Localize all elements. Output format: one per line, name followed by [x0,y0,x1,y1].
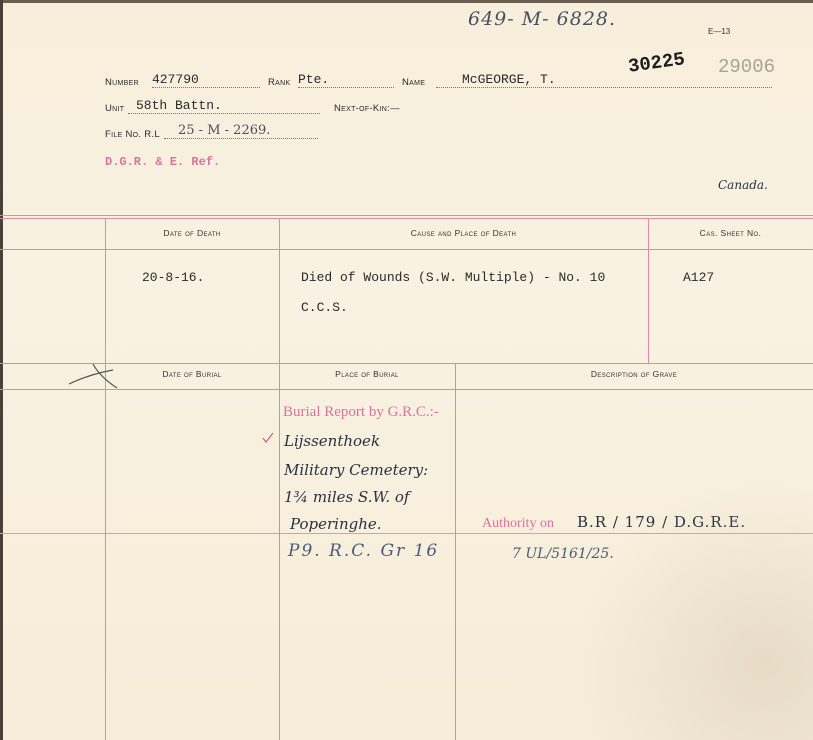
rank-label: Rank [268,77,290,88]
rule-burial-mid [0,533,813,534]
form-code: E—13 [708,27,730,36]
name-label: Name [402,77,425,88]
header-date-of-burial: Date of Burial [105,369,279,379]
next-of-kin-label: Next-of-Kin:— [334,103,400,114]
place-line-3: 1¾ miles S.W. of [284,488,409,506]
authority-label: Authority on [482,516,554,532]
vrule-col3-burial [455,363,456,740]
burial-report-label: Burial Report by G.R.C.:- [283,404,439,421]
header-place-of-burial: Place of Burial [279,369,455,379]
header-description-of-grave: Description of Grave [455,369,813,379]
place-line-1: Lijssenthoek [284,432,380,450]
place-line-2: Military Cemetery: [284,461,428,479]
vrule-col1 [105,218,106,740]
rule-top-1 [0,215,813,216]
place-line-4: Poperinghe. [290,515,382,533]
handwritten-reference: 649- M- 6828. [468,8,616,30]
card-top-edge [0,0,813,3]
header-date-of-death: Date of Death [105,228,279,238]
grave-reference: P9. R.C. Gr 16 [288,541,439,561]
vrule-col3-death [648,218,649,363]
vrule-col2 [279,218,280,740]
casualty-card: 649- M- 6828. E—13 30225 29006 Number 42… [0,0,813,740]
name-value: McGEORGE, T. [436,72,772,88]
file-no-value: 25 - M - 2269. [164,123,318,139]
dgre-ref-label: D.G.R. & E. Ref. [105,155,220,169]
header-cause-place-of-death: Cause and Place of Death [279,228,648,238]
rule-death-header [0,249,813,250]
cas-sheet-value: A127 [683,270,714,285]
authority-value: B.R / 179 / D.G.R.E. [577,513,746,531]
header-cas-sheet-no: Cas. Sheet No. [648,228,813,238]
cause-of-death-line2: C.C.S. [301,300,348,315]
authority-reference: 7 UL/5161/25. [512,546,614,562]
number-label: Number [105,77,139,88]
unit-value: 58th Battn. [128,98,320,114]
unit-label: Unit [105,103,124,114]
cause-of-death-line1: Died of Wounds (S.W. Multiple) - No. 10 [301,270,605,285]
number-value: 427790 [152,72,260,88]
check-mark-icon [262,432,274,444]
rank-value: Pte. [298,72,394,88]
rule-top-2 [0,218,813,219]
date-of-death-value: 20-8-16. [142,270,204,285]
canada-note: Canada. [718,178,768,192]
file-no-label: File No. R.L [105,129,160,140]
card-left-edge [0,0,3,740]
